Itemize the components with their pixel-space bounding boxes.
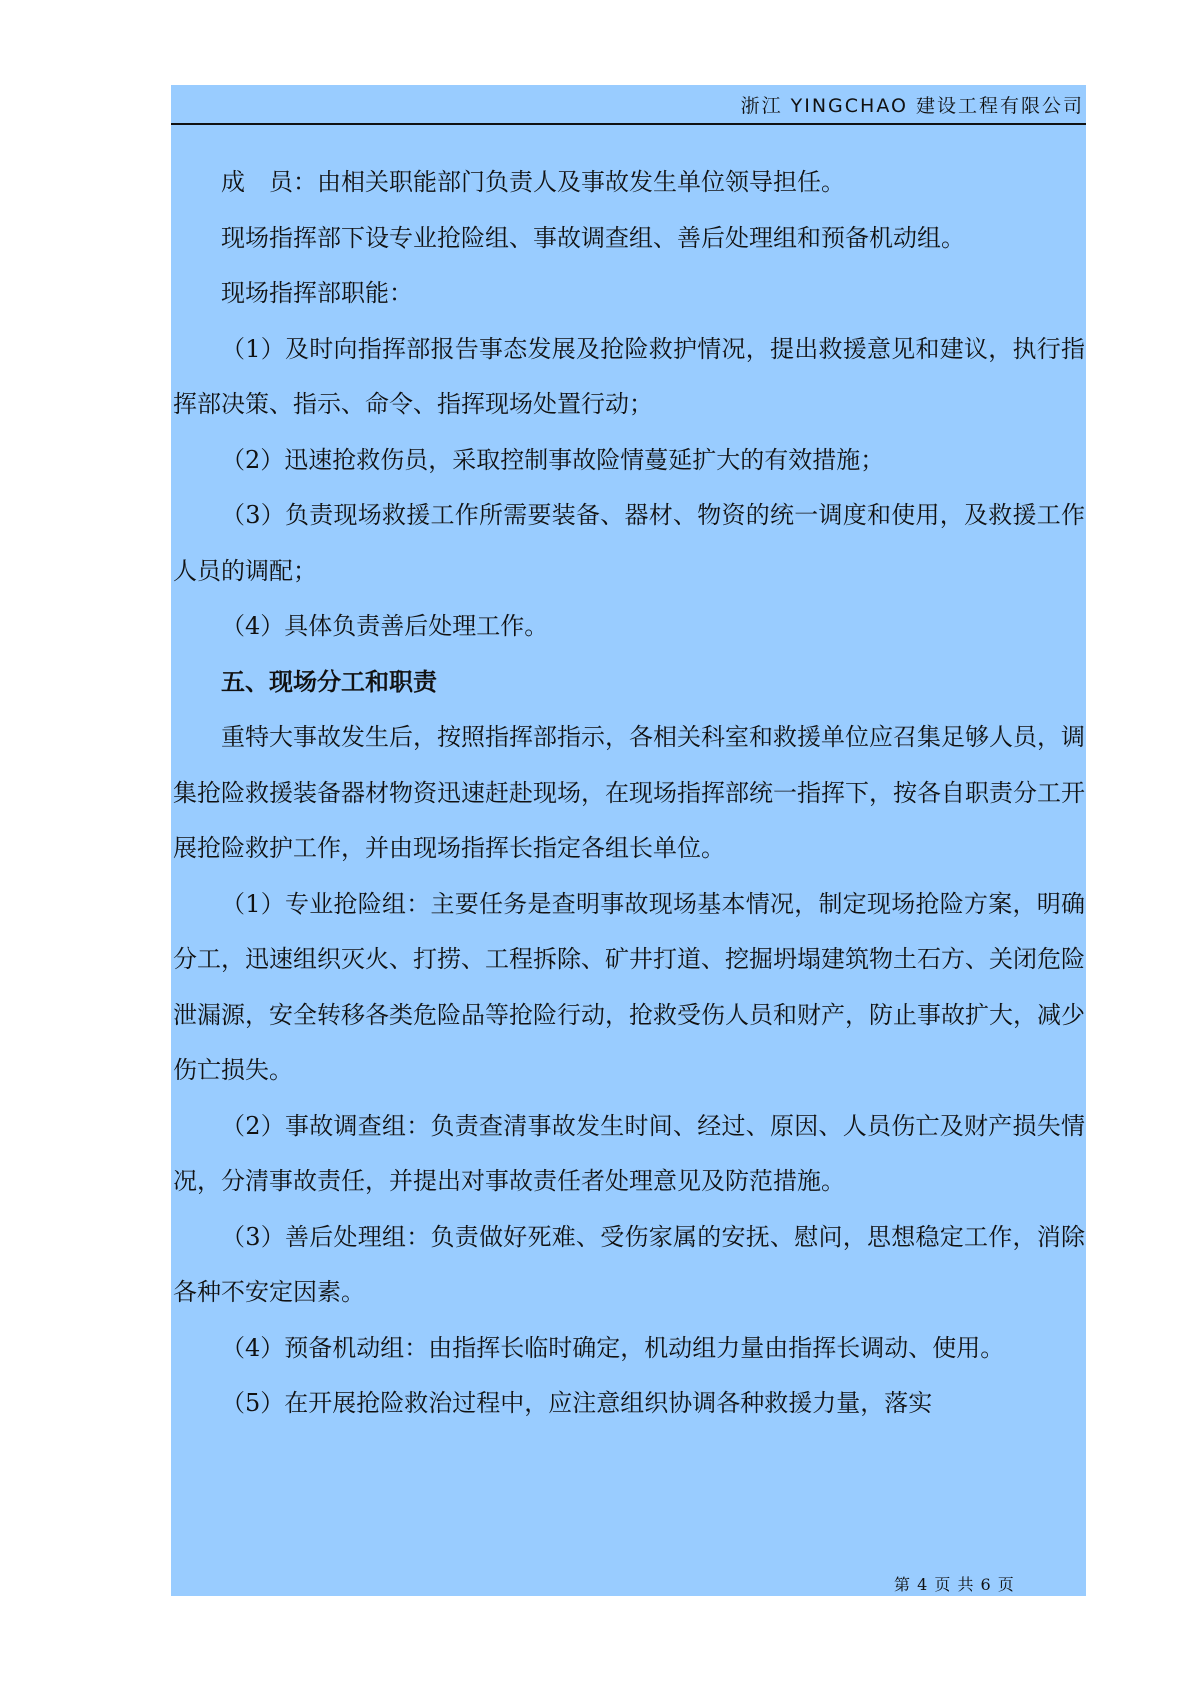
paragraph-function-1: （1）及时向指挥部报告事态发展及抢险救护情况，提出救援意见和建议，执行指挥部决策… — [173, 322, 1085, 433]
document-page: 浙江 YINGCHAO 建设工程有限公司 成 员：由相关职能部门负责人及事故发生… — [171, 85, 1086, 1596]
paragraph-reserve-team: （4）预备机动组：由指挥长临时确定，机动组力量由指挥长调动、使用。 — [173, 1321, 1085, 1377]
paragraph-investigation-team: （2）事故调查组：负责查清事故发生时间、经过、原因、人员伤亡及财产损失情况，分清… — [173, 1099, 1085, 1210]
paragraph-intro: 重特大事故发生后，按照指挥部指示，各相关科室和救援单位应召集足够人员，调集抢险救… — [173, 710, 1085, 877]
paragraph-coordination: （5）在开展抢险救治过程中，应注意组织协调各种救援力量，落实 — [173, 1376, 1085, 1432]
page-footer: 第 4 页 共 6 页 — [171, 1572, 1086, 1596]
paragraph-function-3: （3）负责现场救援工作所需要装备、器材、物资的统一调度和使用，及救援工作人员的调… — [173, 488, 1085, 599]
paragraph-aftermath-team: （3）善后处理组：负责做好死难、受伤家属的安抚、慰问，思想稳定工作，消除各种不安… — [173, 1210, 1085, 1321]
paragraph-rescue-team: （1）专业抢险组：主要任务是查明事故现场基本情况，制定现场抢险方案，明确分工，迅… — [173, 877, 1085, 1099]
company-name: 浙江 YINGCHAO 建设工程有限公司 — [741, 91, 1084, 118]
document-body: 成 员：由相关职能部门负责人及事故发生单位领导担任。 现场指挥部下设专业抢险组、… — [173, 155, 1085, 1432]
page-header: 浙江 YINGCHAO 建设工程有限公司 — [171, 85, 1086, 125]
paragraph-functions-title: 现场指挥部职能： — [173, 266, 1085, 322]
paragraph-members: 成 员：由相关职能部门负责人及事故发生单位领导担任。 — [173, 155, 1085, 211]
paragraph-groups: 现场指挥部下设专业抢险组、事故调查组、善后处理组和预备机动组。 — [173, 211, 1085, 267]
paragraph-function-4: （4）具体负责善后处理工作。 — [173, 599, 1085, 655]
paragraph-function-2: （2）迅速抢救伤员，采取控制事故险情蔓延扩大的有效措施； — [173, 433, 1085, 489]
section-heading-5: 五、现场分工和职责 — [173, 655, 1085, 711]
page-number: 第 4 页 共 6 页 — [894, 1572, 1015, 1595]
